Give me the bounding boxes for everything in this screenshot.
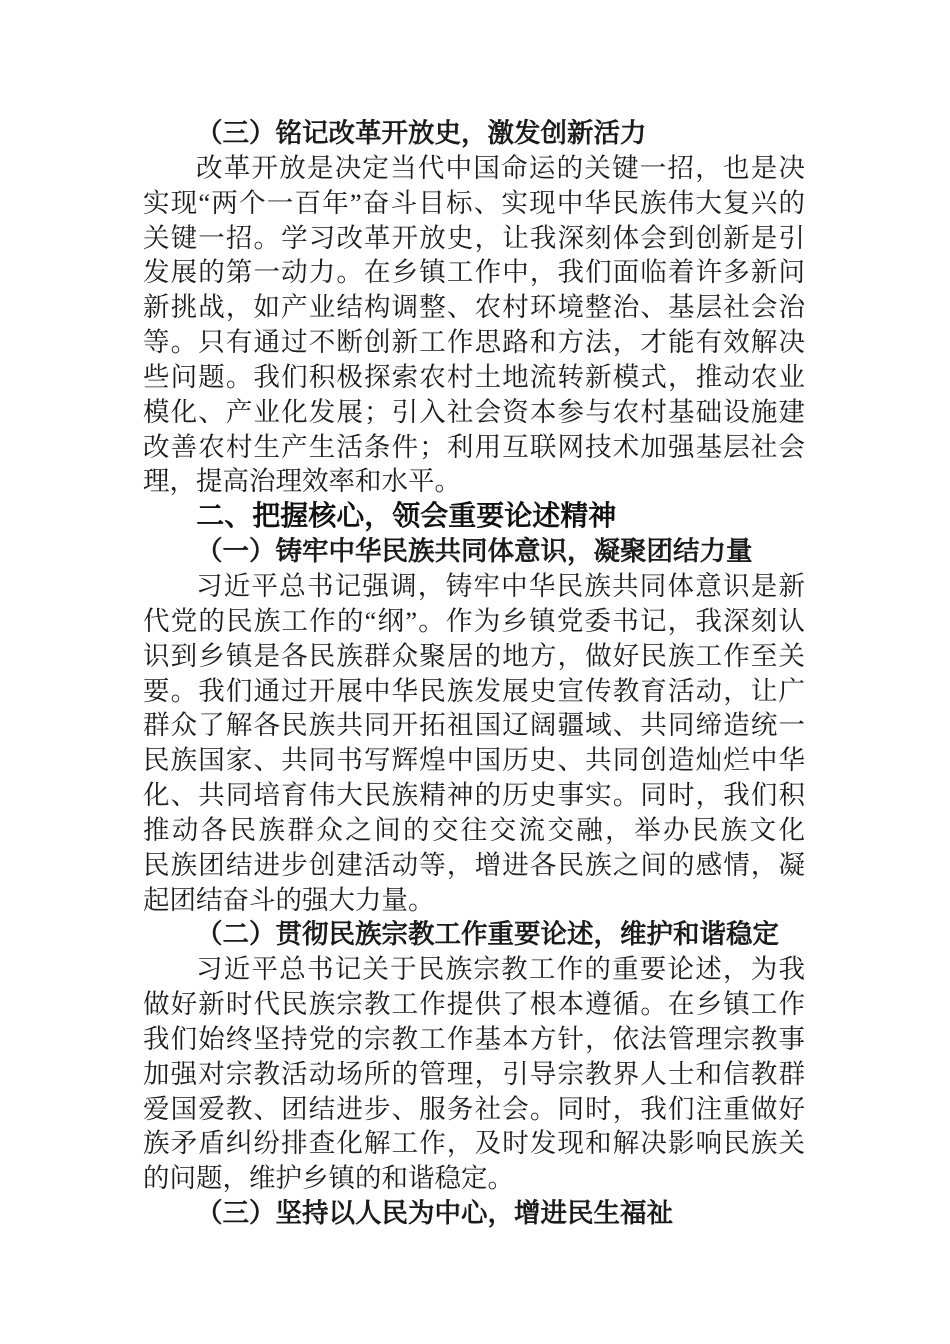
text-line: 模化、产业化发展；引入社会资本参与农村基础设施建设 [143,395,805,430]
text-line: 关键一招。学习改革开放史，让我深刻体会到创新是引领 [143,221,805,256]
text-line: 些问题。我们积极探索农村土地流转新模式，推动农业规 [143,360,805,395]
text-line: 爱国爱教、团结进步、服务社会。同时，我们注重做好民 [143,1092,805,1127]
text-line: 要。我们通过开展中华民族发展史宣传教育活动，让广大 [143,674,805,709]
text-line: 化、共同培育伟大民族精神的历史事实。同时，我们积极 [143,778,805,813]
text-line: 推动各民族群众之间的交往交流交融，举办民族文化节、 [143,813,805,848]
text-line: 习近平总书记关于民族宗教工作的重要论述，为我们 [143,952,805,987]
text-line: 发展的第一动力。在乡镇工作中，我们面临着许多新问题 [143,255,805,290]
text-line: 群众了解各民族共同开拓祖国辽阔疆域、共同缔造统一多 [143,708,805,743]
section-heading: （三）铭记改革开放史，激发创新活力 [143,116,805,151]
section-heading: （一）铸牢中华民族共同体意识，凝聚团结力量 [143,534,805,569]
text-line: 加强对宗教活动场所的管理，引导宗教界人士和信教群众 [143,1057,805,1092]
text-line: 民族团结进步创建活动等，增进各民族之间的感情，凝聚 [143,848,805,883]
text-line: 族矛盾纠纷排查化解工作，及时发现和解决影响民族关系 [143,1126,805,1161]
text-line: 等。只有通过不断创新工作思路和方法，才能有效解决这 [143,325,805,360]
text-line: 的问题，维护乡镇的和谐稳定。 [143,1161,805,1196]
text-line: 习近平总书记强调，铸牢中华民族共同体意识是新时 [143,569,805,604]
text-line: 改革开放是决定当代中国命运的关键一招，也是决定 [143,151,805,186]
text-line: 代党的民族工作的“纲”。作为乡镇党委书记，我深刻认 [143,604,805,639]
text-line: 做好新时代民族宗教工作提供了根本遵循。在乡镇工作中 [143,987,805,1022]
section-heading: （二）贯彻民族宗教工作重要论述，维护和谐稳定 [143,917,805,952]
document-page: （三）铭记改革开放史，激发创新活力改革开放是决定当代中国命运的关键一招，也是决定… [0,0,950,1344]
section-heading: 二、把握核心，领会重要论述精神 [143,499,805,534]
section-heading: （三）坚持以人民为中心，增进民生福祉 [143,1196,805,1231]
text-line: 识到乡镇是各民族群众聚居的地方，做好民族工作至关重 [143,639,805,674]
document-text-block: （三）铭记改革开放史，激发创新活力改革开放是决定当代中国命运的关键一招，也是决定… [143,116,805,1231]
text-line: 理，提高治理效率和水平。 [143,464,805,499]
text-line: 改善农村生产生活条件；利用互联网技术加强基层社会治 [143,430,805,465]
text-line: 实现“两个一百年”奋斗目标、实现中华民族伟大复兴的 [143,186,805,221]
text-line: 我们始终坚持党的宗教工作基本方针，依法管理宗教事务 [143,1022,805,1057]
text-line: 新挑战，如产业结构调整、农村环境整治、基层社会治理 [143,290,805,325]
text-line: 民族国家、共同书写辉煌中国历史、共同创造灿烂中华文 [143,743,805,778]
text-line: 起团结奋斗的强大力量。 [143,883,805,918]
